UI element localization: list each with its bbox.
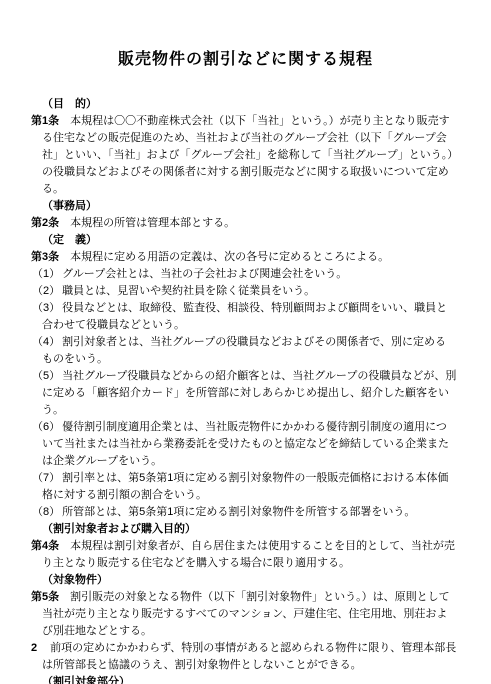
definition-item-2-text: 職員とは、見習いや契約社員を除く従業員をいう。 [62,285,315,297]
article-2: 第2条本規程の所管は管理本部とする。 [42,215,457,232]
definition-item-1-text: グループ会社とは、当社の子会社および関連会社をいう。 [62,268,347,280]
article-1-number: 第1条 [31,115,59,127]
definition-item-4-number: （4） [32,336,60,348]
article-5-clause-2: 2前項の定めにかかわらず、特別の事情があると認められる物件に限り、管理本部長は所… [42,640,457,674]
section-heading-purpose: （目 的） [42,96,457,113]
article-4: 第4条本規程は割引対象者が、自ら居住または使用することを目的として、当社が売り主… [42,538,457,572]
article-2-text: 本規程の所管は管理本部とする。 [70,217,235,229]
definition-item-8-text: 所管部とは、第5条第1項に定める割引対象物件を所管する部署をいう。 [62,506,415,518]
article-4-number: 第4条 [31,540,59,552]
definition-item-2-number: （2） [32,285,60,297]
section-heading-secretariat: （事務局） [42,198,457,215]
definition-item-6: （6）優待割引制度適用企業とは、当社販売物件にかかわる優待割引制度の適用について… [42,419,457,470]
definition-item-2: （2）職員とは、見習いや契約社員を除く従業員をいう。 [42,283,457,300]
definition-item-5-text: 当社グループ役職員などからの紹介顧客とは、当社グループの役職員などが、別に定める… [42,370,456,416]
article-3-number: 第3条 [31,251,59,263]
article-5-clause-2-number: 2 [31,642,37,654]
article-5-text: 割引販売の対象となる物件（以下「割引対象物件」という。）は、原則として当社が売り… [42,591,450,637]
definition-item-6-text: 優待割引制度適用企業とは、当社販売物件にかかわる優待割引制度の適用について当社ま… [42,421,449,467]
section-heading-definitions: （定 義） [42,232,457,249]
definition-item-8: （8）所管部とは、第5条第1項に定める割引対象物件を所管する部署をいう。 [42,504,457,521]
article-3-text: 本規程に定める用語の定義は、次の各号に定めるところによる。 [70,251,389,263]
section-heading-target-properties: （対象物件） [42,572,457,589]
definition-item-7: （7）割引率とは、第5条第1項に定める割引対象物件の一般販売価格における本体価格… [42,470,457,504]
document-body: （目 的） 第1条本規程は〇〇不動産株式会社（以下「当社」という。）が売り主とな… [42,96,457,684]
definition-item-4: （4）割引対象者とは、当社グループの役職員などおよびその関係者で、別に定めるもの… [42,334,457,368]
article-3: 第3条本規程に定める用語の定義は、次の各号に定めるところによる。 [42,249,457,266]
definition-item-5-number: （5） [32,370,60,382]
definition-item-5: （5）当社グループ役職員などからの紹介顧客とは、当社グループの役職員などが、別に… [42,368,457,419]
article-5: 第5条割引販売の対象となる物件（以下「割引対象物件」という。）は、原則として当社… [42,589,457,640]
definition-item-7-text: 割引率とは、第5条第1項に定める割引対象物件の一般販売価格における本体価格に対す… [42,472,448,501]
definition-item-4-text: 割引対象者とは、当社グループの役職員などおよびその関係者で、別に定めるものをいう… [42,336,446,365]
article-2-number: 第2条 [31,217,59,229]
definition-item-3: （3）役員などとは、取締役、監査役、相談役、特別顧問および顧問をいい、職員と合わ… [42,300,457,334]
definition-item-1: （1）グループ会社とは、当社の子会社および関連会社をいう。 [42,266,457,283]
section-heading-discount-target-part: （割引対象部分） [42,674,457,684]
document-page: 販売物件の割引などに関する規程 （目 的） 第1条本規程は〇〇不動産株式会社（以… [0,0,491,684]
definition-item-8-number: （8） [32,506,60,518]
article-1-text: 本規程は〇〇不動産株式会社（以下「当社」という。）が売り主となり販売する住宅など… [42,115,453,195]
definition-item-6-number: （6） [32,421,60,433]
definition-item-3-number: （3） [32,302,60,314]
document-title: 販売物件の割引などに関する規程 [0,50,491,70]
article-1: 第1条本規程は〇〇不動産株式会社（以下「当社」という。）が売り主となり販売する住… [42,113,457,198]
article-5-clause-2-text: 前項の定めにかかわらず、特別の事情があると認められる物件に限り、管理本部長は所管… [42,642,456,671]
section-heading-eligible-persons: （割引対象者および購入目的） [42,521,457,538]
definition-item-3-text: 役員などとは、取締役、監査役、相談役、特別顧問および顧問をいい、職員と合わせて役… [42,302,447,331]
definition-item-7-number: （7） [32,472,60,484]
definition-item-1-number: （1） [32,268,60,280]
article-4-text: 本規程は割引対象者が、自ら居住または使用することを目的として、当社が売り主となり… [42,540,455,569]
article-5-number: 第5条 [31,591,59,603]
